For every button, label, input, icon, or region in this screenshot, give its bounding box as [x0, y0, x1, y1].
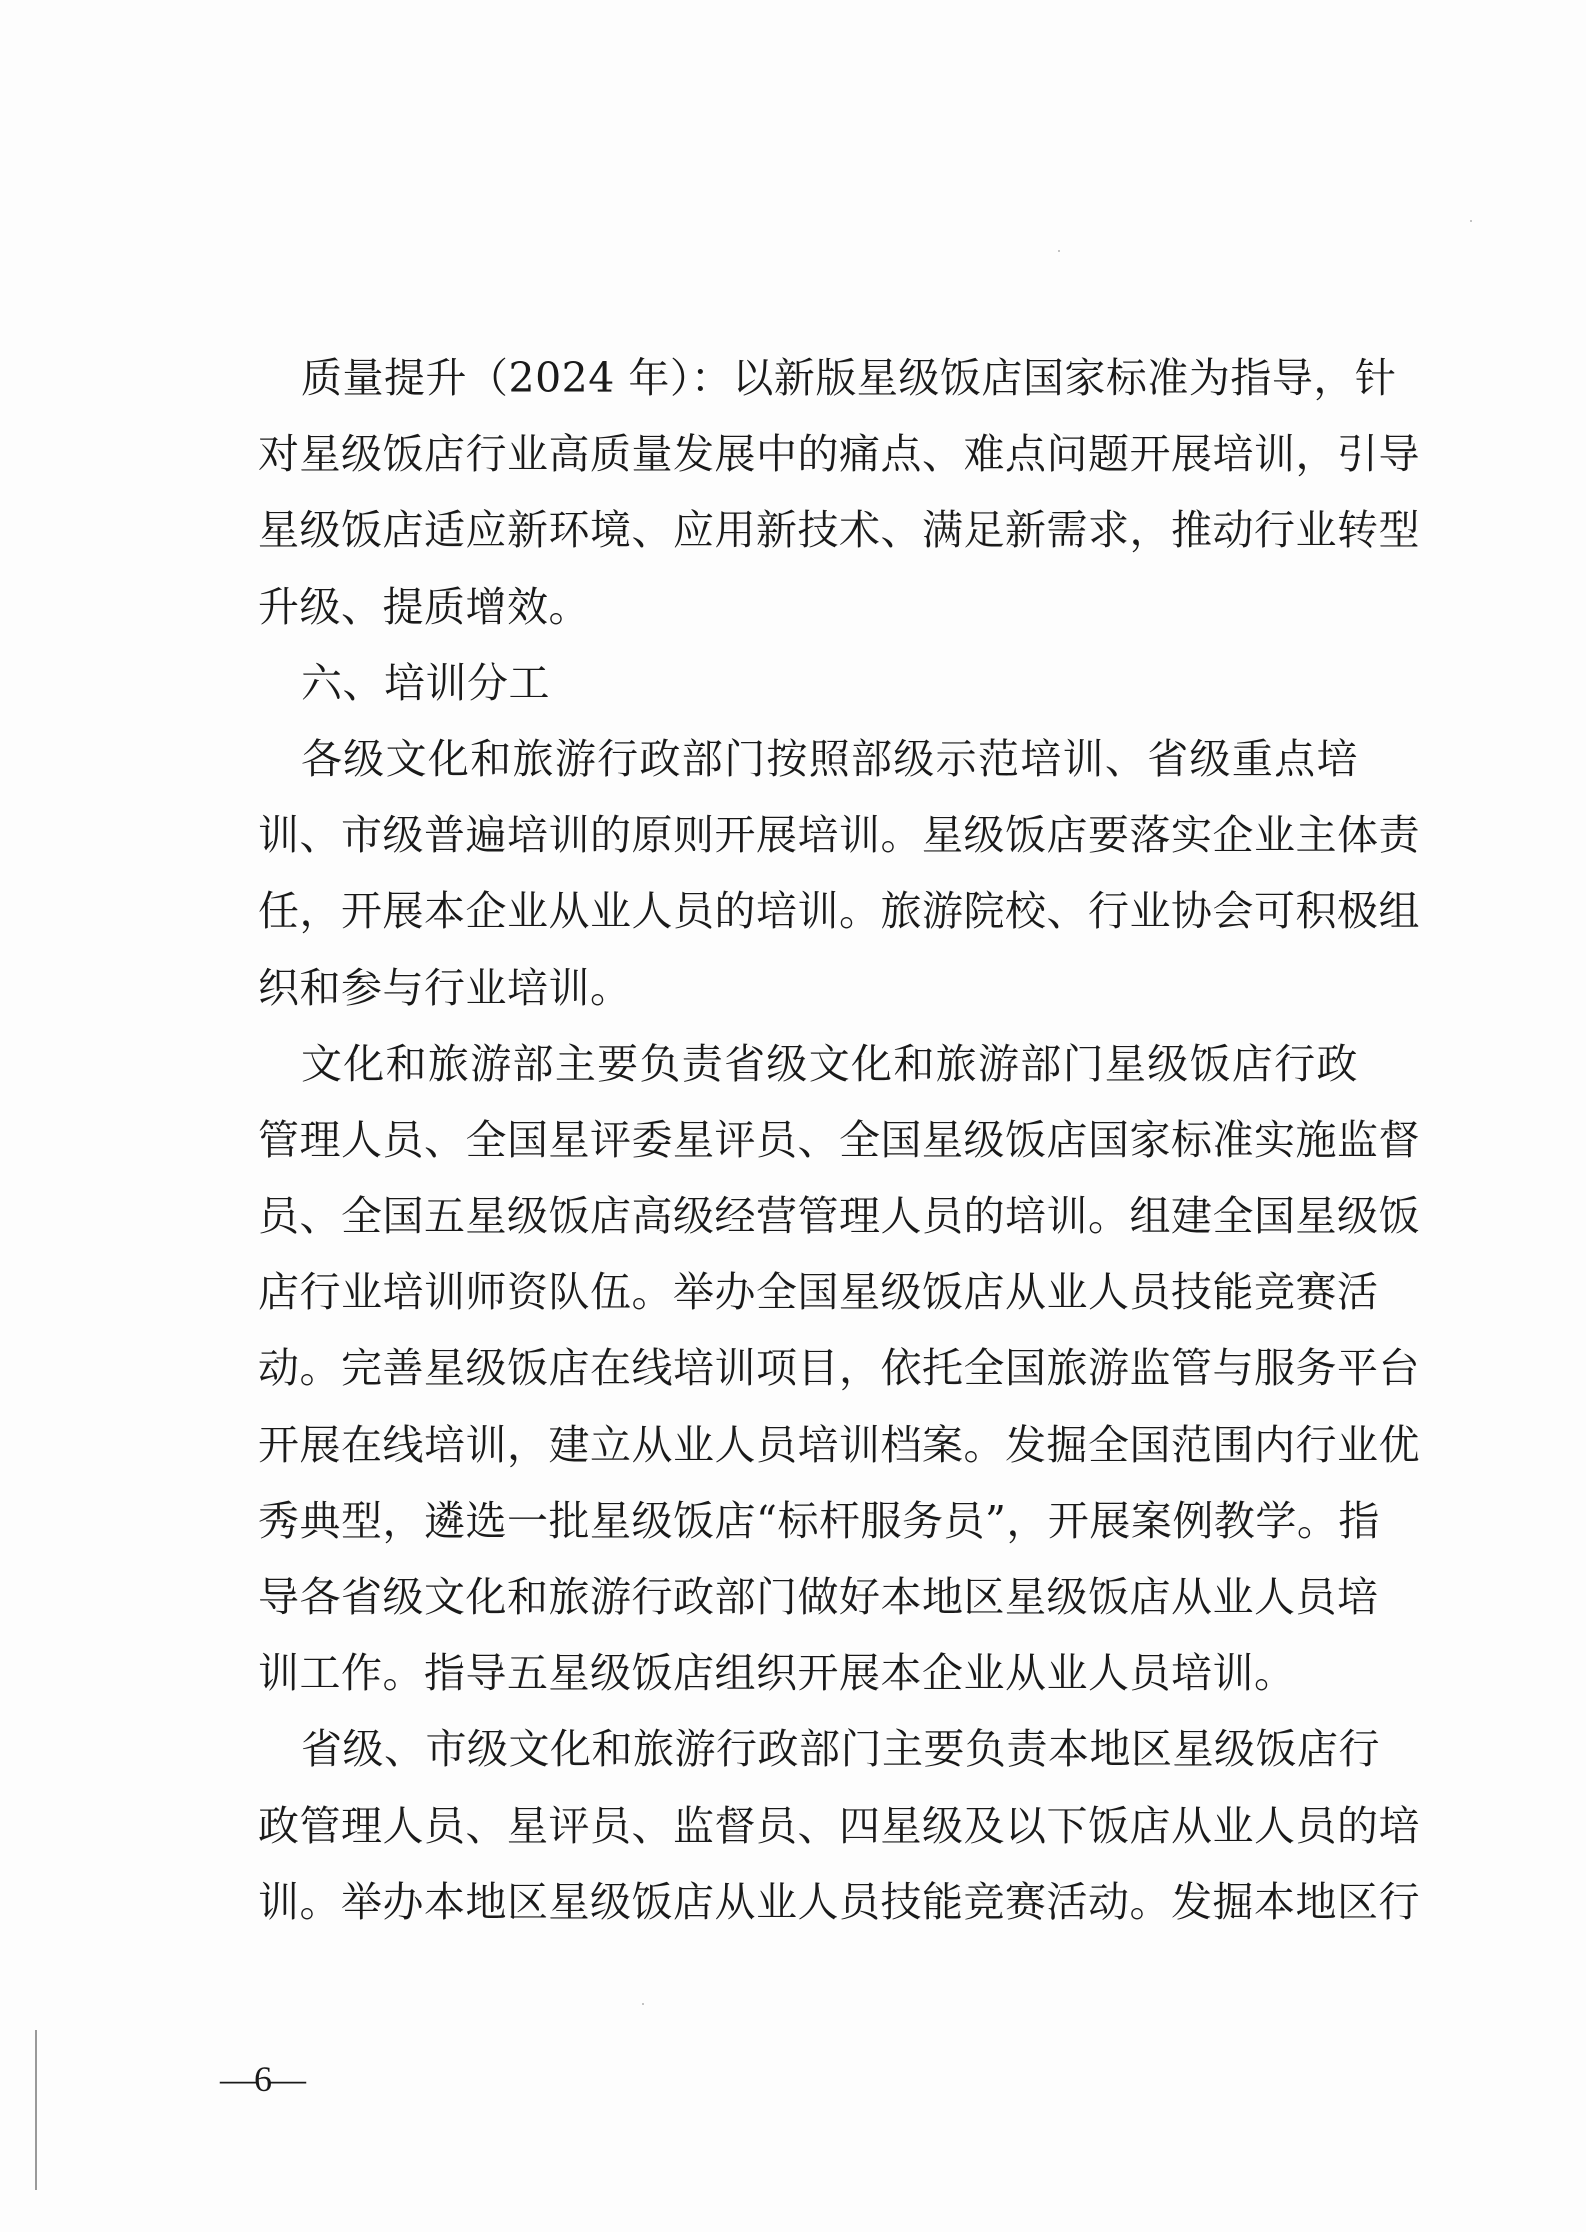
scan-speck: [1058, 250, 1060, 252]
text-line: 动。完善星级饭店在线培训项目，依托全国旅游监管与服务平台: [258, 1330, 1358, 1406]
text-line: 各级文化和旅游行政部门按照部级示范培训、省级重点培: [258, 721, 1358, 797]
scan-speck: [1470, 220, 1472, 222]
scan-binding-edge: [35, 2030, 37, 2190]
page-number: —6—: [220, 2058, 304, 2100]
paragraph-ministry-responsibility: 文化和旅游部主要负责省级文化和旅游部门星级饭店行政 管理人员、全国星评委星评员、…: [258, 1026, 1358, 1712]
text-line: 秀典型，遴选一批星级饭店“标杆服务员”，开展案例教学。指: [258, 1483, 1358, 1559]
paragraph-provincial-city-responsibility: 省级、市级文化和旅游行政部门主要负责本地区星级饭店行 政管理人员、星评员、监督员…: [258, 1711, 1358, 1940]
paragraph-quality-improvement: 质量提升（2024 年）：以新版星级饭店国家标准为指导，针 对星级饭店行业高质量…: [258, 340, 1358, 645]
text-line: 训、市级普遍培训的原则开展培训。星级饭店要落实企业主体责: [258, 797, 1358, 873]
text-line: 开展在线培训，建立从业人员培训档案。发掘全国范围内行业优: [258, 1407, 1358, 1483]
text-line: 训。举办本地区星级饭店从业人员技能竞赛活动。发掘本地区行: [258, 1864, 1358, 1940]
document-body: 质量提升（2024 年）：以新版星级饭店国家标准为指导，针 对星级饭店行业高质量…: [258, 340, 1358, 1940]
scan-speck: [642, 2003, 644, 2005]
paragraph-general-division: 各级文化和旅游行政部门按照部级示范培训、省级重点培 训、市级普遍培训的原则开展培…: [258, 721, 1358, 1026]
text-line: 对星级饭店行业高质量发展中的痛点、难点问题开展培训，引导: [258, 416, 1358, 492]
text-line: 政管理人员、星评员、监督员、四星级及以下饭店从业人员的培: [258, 1788, 1358, 1864]
text-line: 员、全国五星级饭店高级经营管理人员的培训。组建全国星级饭: [258, 1178, 1358, 1254]
text-line: 导各省级文化和旅游行政部门做好本地区星级饭店从业人员培: [258, 1559, 1358, 1635]
section-heading-training-division: 六、培训分工: [258, 645, 1358, 721]
text-line: 训工作。指导五星级饭店组织开展本企业从业人员培训。: [258, 1635, 1358, 1711]
text-line: 管理人员、全国星评委星评员、全国星级饭店国家标准实施监督: [258, 1102, 1358, 1178]
section-heading: 六、培训分工: [258, 645, 1358, 721]
text-line: 星级饭店适应新环境、应用新技术、满足新需求，推动行业转型: [258, 492, 1358, 568]
text-line: 升级、提质增效。: [258, 569, 1358, 645]
text-line: 质量提升（2024 年）：以新版星级饭店国家标准为指导，针: [258, 340, 1358, 416]
document-page: 质量提升（2024 年）：以新版星级饭店国家标准为指导，针 对星级饭店行业高质量…: [0, 0, 1586, 2232]
text-line: 省级、市级文化和旅游行政部门主要负责本地区星级饭店行: [258, 1711, 1358, 1787]
text-line: 任，开展本企业从业人员的培训。旅游院校、行业协会可积极组: [258, 873, 1358, 949]
text-line: 文化和旅游部主要负责省级文化和旅游部门星级饭店行政: [258, 1026, 1358, 1102]
text-line: 店行业培训师资队伍。举办全国星级饭店从业人员技能竞赛活: [258, 1254, 1358, 1330]
text-line: 织和参与行业培训。: [258, 950, 1358, 1026]
